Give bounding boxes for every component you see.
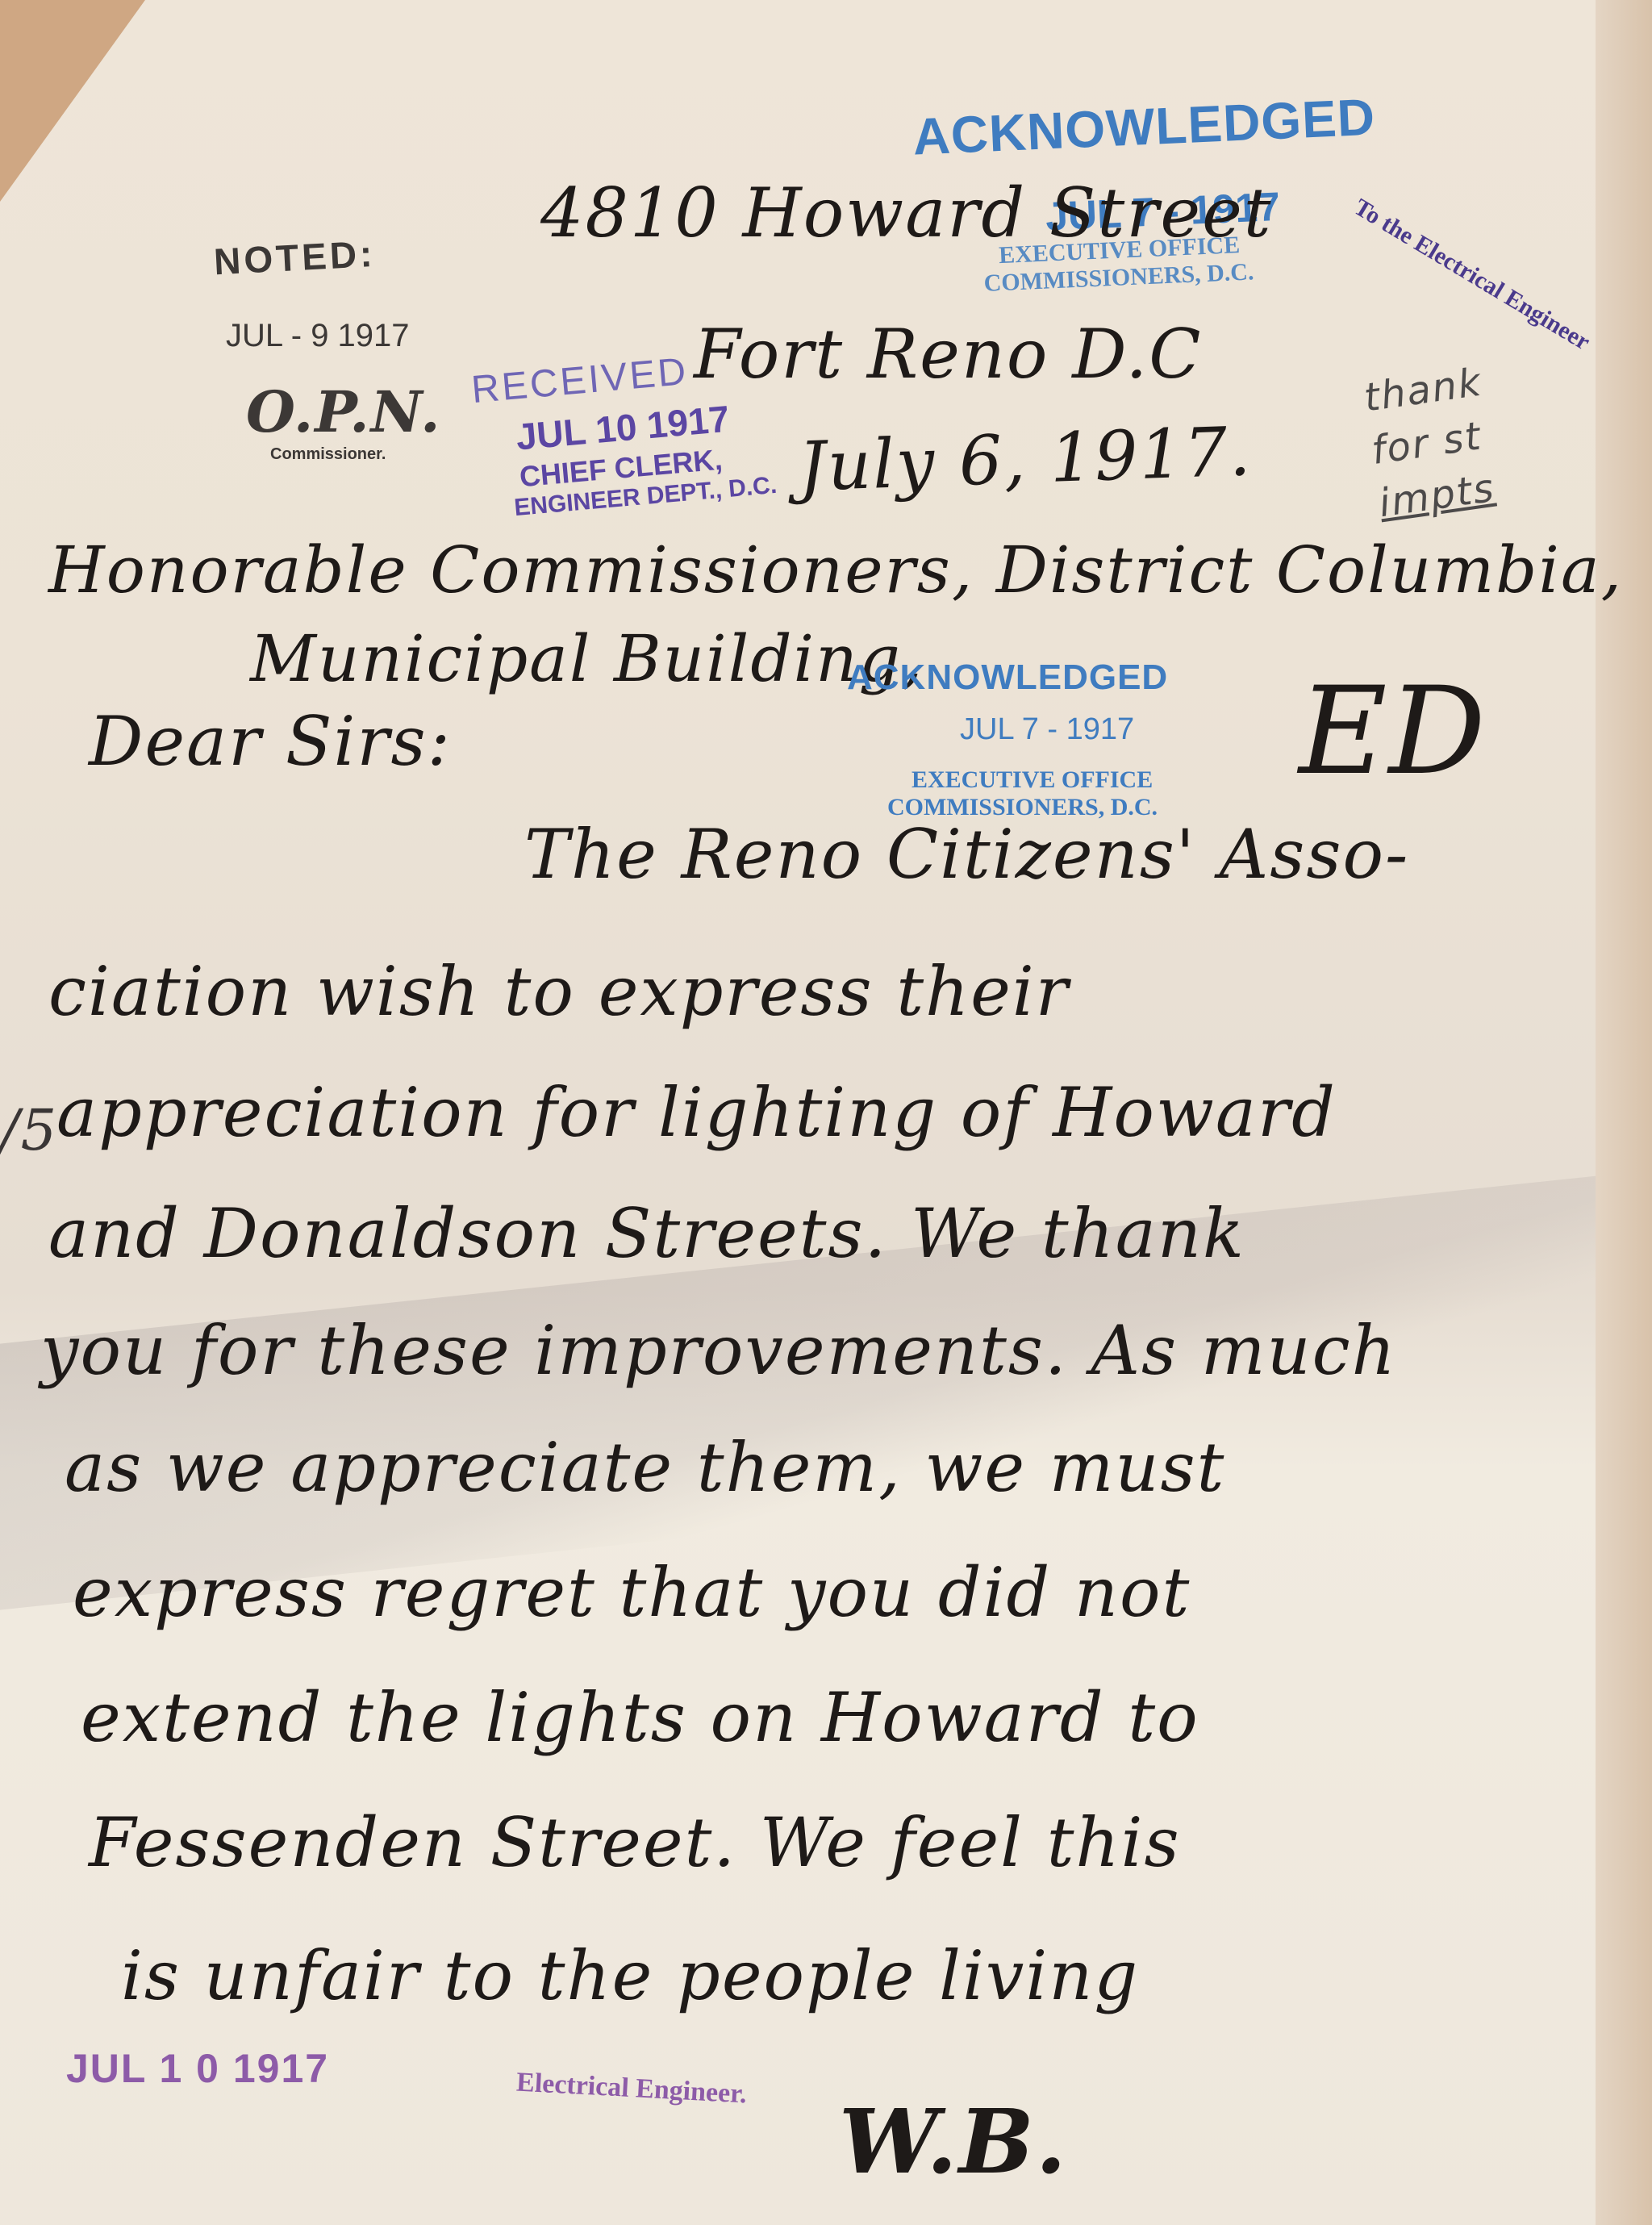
address-line-2: Fort Reno D.C (694, 315, 1203, 394)
stamp-date: JUL 7 - 1917 (960, 712, 1168, 747)
body-line: is unfair to the people living (121, 1936, 1139, 2015)
stamp-title: NOTED: (213, 228, 443, 284)
stamp-initials: O.P.N. (246, 378, 442, 445)
paper-edge (1596, 0, 1652, 2225)
stamp-title: ACKNOWLEDGED (847, 657, 1168, 698)
salutation: Dear Sirs: (89, 702, 452, 781)
noted-stamp: NOTED: JUL - 9 1917 O.P.N. Commissioner. (214, 234, 442, 464)
body-line: ciation wish to express their (48, 952, 1070, 1031)
body-line: Fessenden Street. We feel this (89, 1803, 1181, 1882)
address-line-1: 4810 Howard Street (540, 173, 1273, 253)
body-line: appreciation for lighting of Howard (56, 1073, 1337, 1152)
initials-ed: ED (1299, 662, 1487, 802)
body-line: you for these improvements. As much (40, 1311, 1397, 1390)
letter-date: July 6, 1917. (797, 411, 1253, 507)
body-line: express regret that you did not (73, 1553, 1191, 1632)
body-line: as we appreciate them, we must (65, 1428, 1225, 1507)
body-line: extend the lights on Howard to (81, 1678, 1199, 1757)
acknowledged-stamp-mid: ACKNOWLEDGED JUL 7 - 1917 EXECUTIVE OFFI… (847, 657, 1168, 821)
engineer-initials: W.B. (839, 2089, 1068, 2194)
stamp-date: JUL - 9 1917 (226, 318, 442, 354)
margin-mark: /5 (0, 1097, 58, 1163)
stamp-office: EXECUTIVE OFFICE (912, 766, 1168, 794)
pencil-note: thank for st impts (1361, 356, 1500, 531)
body-line: and Donaldson Streets. We thank (48, 1194, 1245, 1273)
recipient-line-2: Municipal Building, (250, 621, 924, 696)
bottom-date-stamp: JUL 1 0 1917 (66, 2045, 329, 2092)
stamp-role: Commissioner. (270, 445, 442, 464)
body-line: The Reno Citizens' Asso- (524, 815, 1409, 894)
recipient-line-1: Honorable Commissioners, District Columb… (48, 532, 1623, 607)
